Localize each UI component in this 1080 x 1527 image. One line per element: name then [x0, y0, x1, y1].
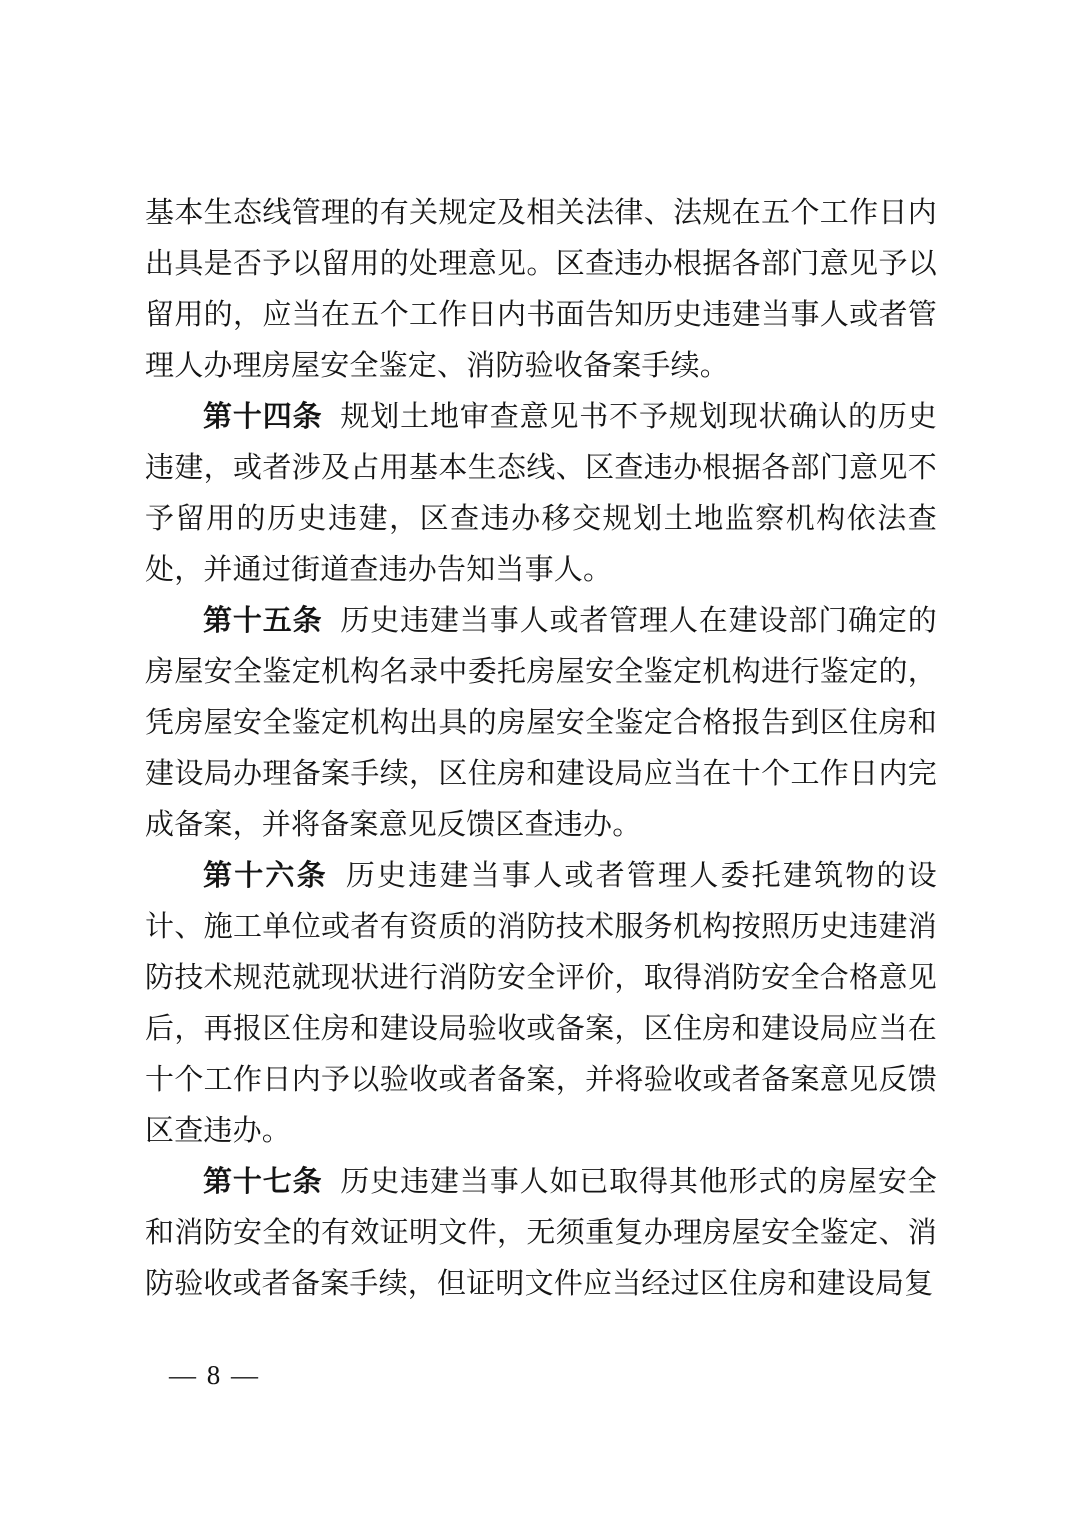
paragraph-text: 历史违建当事人或者管理人在建设部门确定的房屋安全鉴定机构名录中委托房屋安全鉴定机…	[145, 605, 937, 841]
document-page: 基本生态线管理的有关规定及相关法律、法规在五个工作日内出具是否予以留用的处理意见…	[0, 0, 1080, 1527]
paragraph-article-14: 第十四条规划土地审查意见书不予规划现状确认的历史违建，或者涉及占用基本生态线、区…	[145, 392, 937, 596]
page-number: — 8 —	[169, 1360, 260, 1391]
article-number: 第十五条	[203, 605, 322, 637]
paragraph-text: 基本生态线管理的有关规定及相关法律、法规在五个工作日内出具是否予以留用的处理意见…	[145, 197, 937, 382]
paragraph-article-16: 第十六条历史违建当事人或者管理人委托建筑物的设计、施工单位或者有资质的消防技术服…	[145, 851, 937, 1157]
paragraph-article-17: 第十七条历史违建当事人如已取得其他形式的房屋安全和消防安全的有效证明文件，无须重…	[145, 1157, 937, 1310]
article-number: 第十七条	[203, 1166, 322, 1198]
article-number: 第十六条	[203, 860, 328, 892]
paragraph-text: 历史违建当事人或者管理人委托建筑物的设计、施工单位或者有资质的消防技术服务机构按…	[145, 860, 937, 1147]
article-number: 第十四条	[203, 401, 322, 433]
paragraph-continuation: 基本生态线管理的有关规定及相关法律、法规在五个工作日内出具是否予以留用的处理意见…	[145, 188, 937, 392]
document-body: 基本生态线管理的有关规定及相关法律、法规在五个工作日内出具是否予以留用的处理意见…	[145, 188, 937, 1310]
paragraph-article-15: 第十五条历史违建当事人或者管理人在建设部门确定的房屋安全鉴定机构名录中委托房屋安…	[145, 596, 937, 851]
